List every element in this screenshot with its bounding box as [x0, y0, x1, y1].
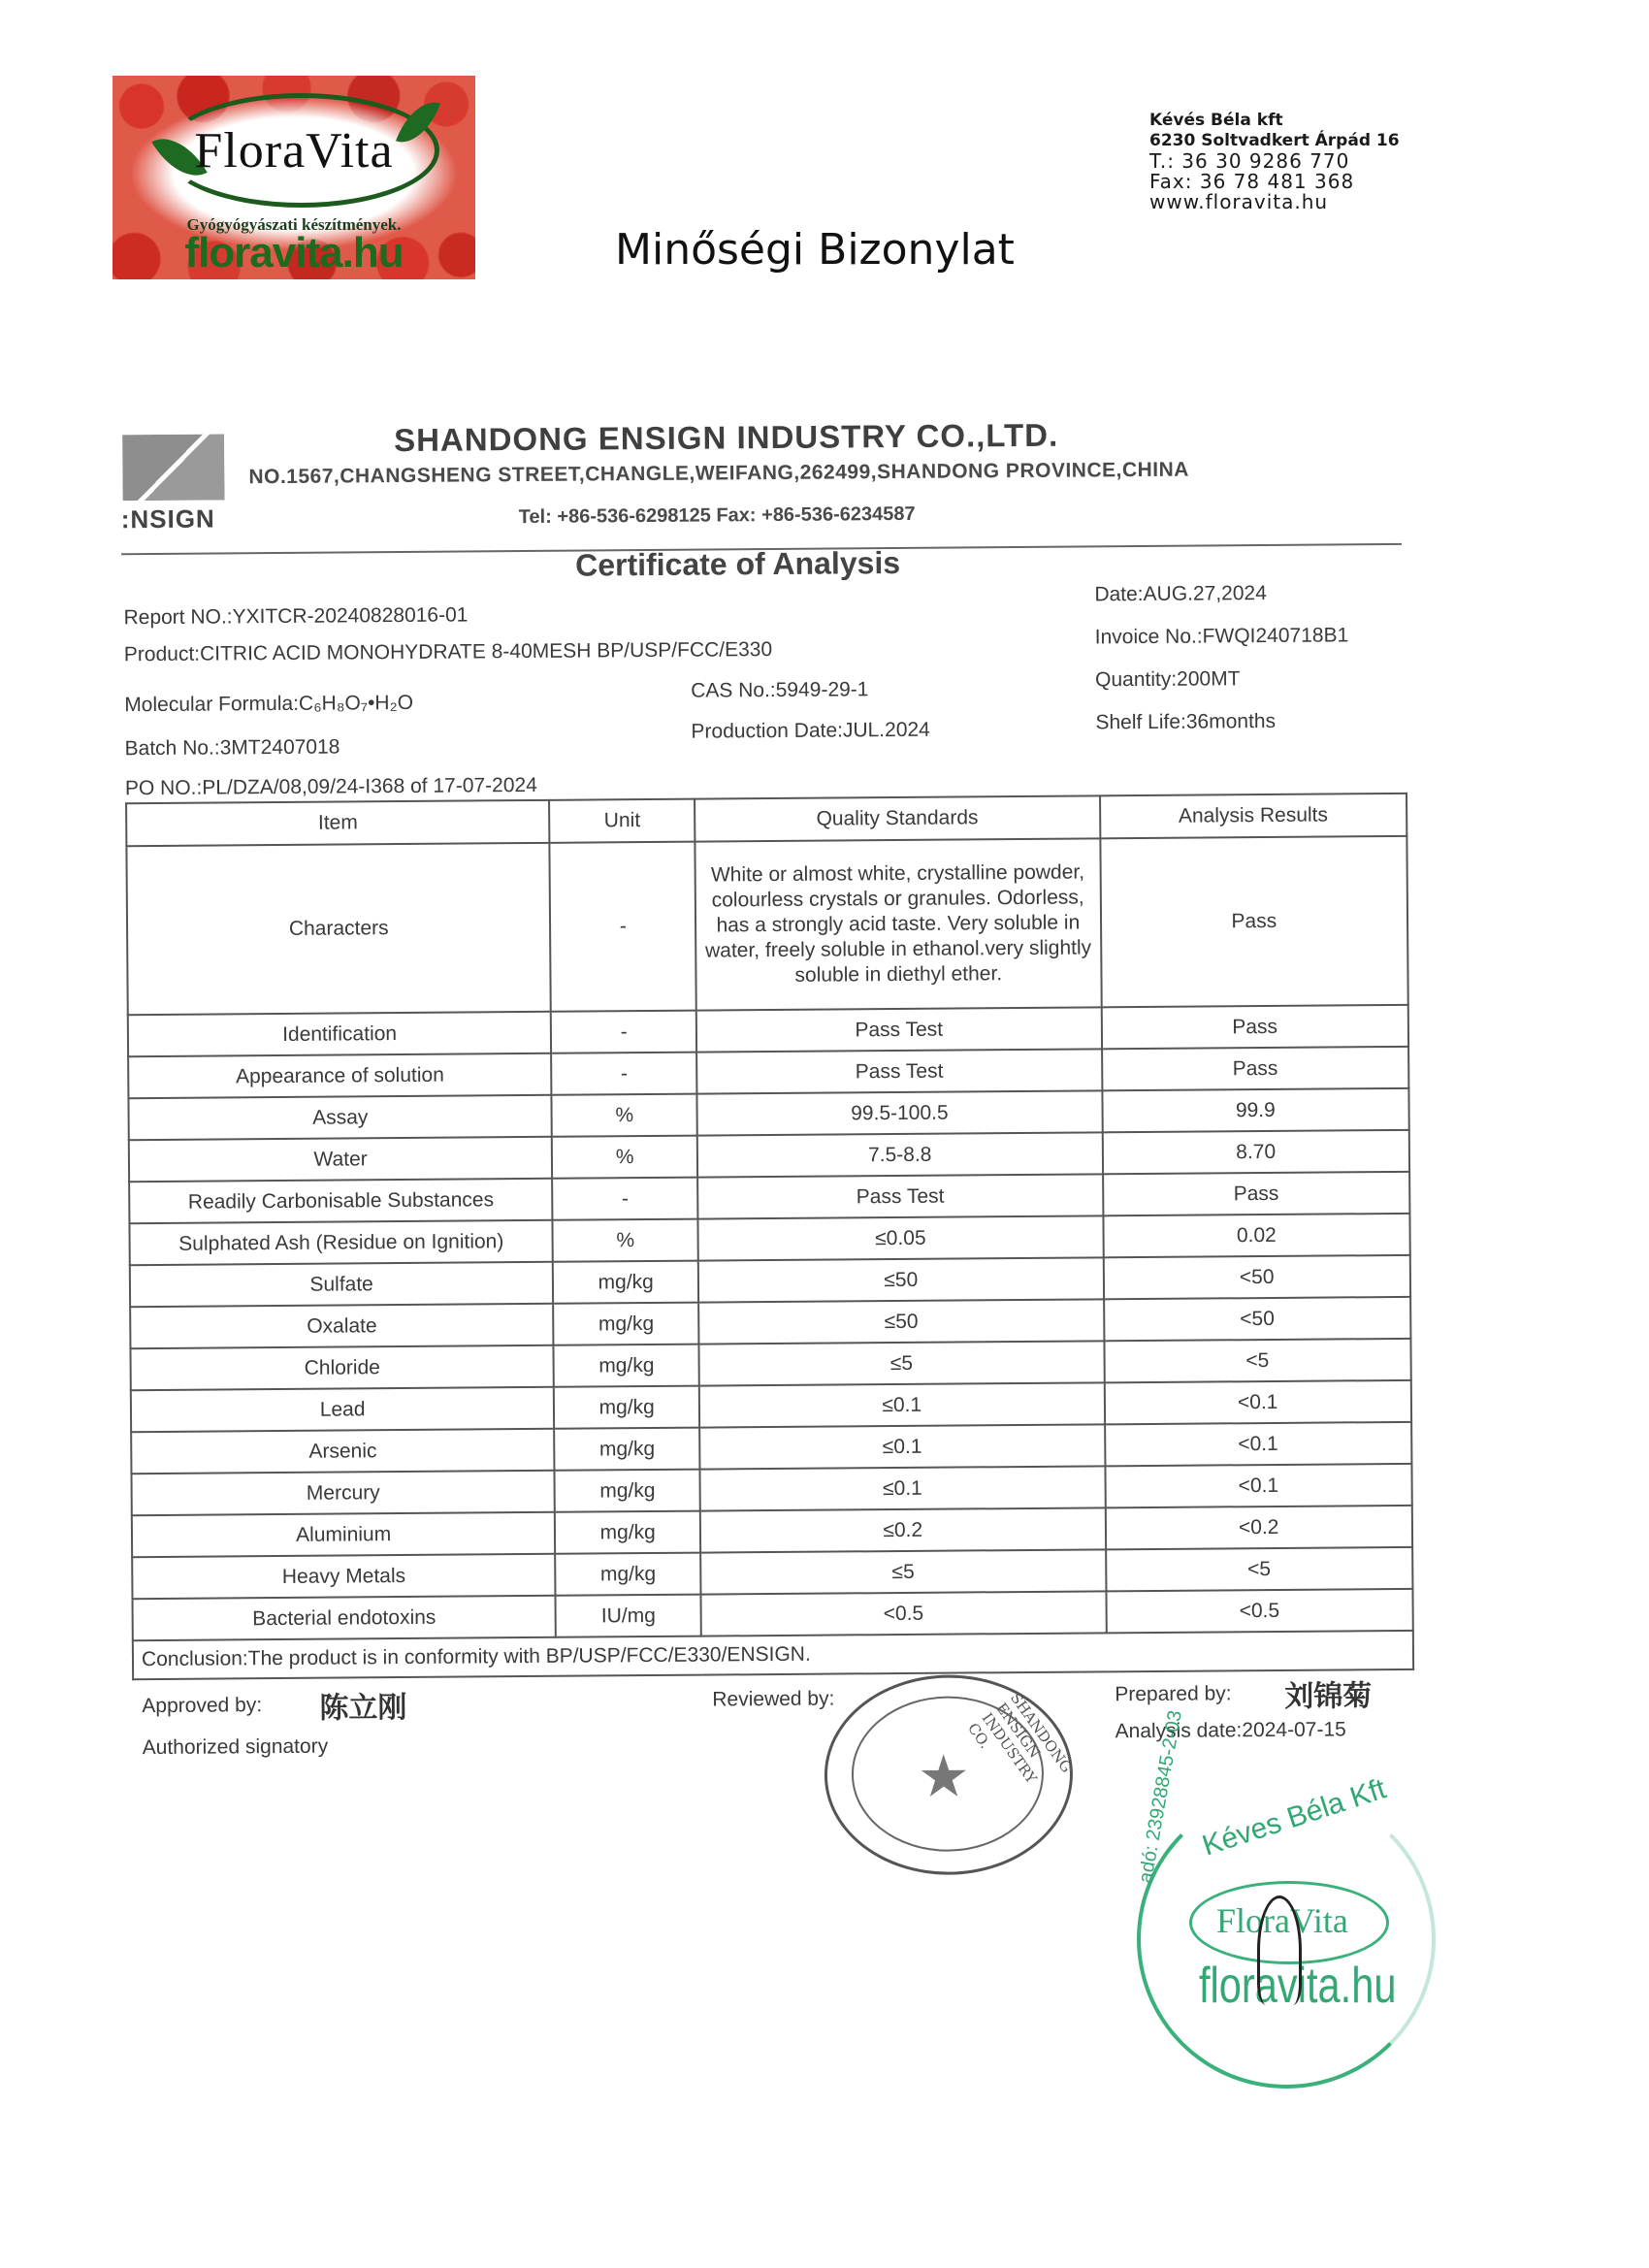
manufacturer-name: SHANDONG ENSIGN INDUSTRY CO.,LTD. — [394, 417, 1058, 459]
cell-standard: ≤5 — [700, 1549, 1106, 1594]
cell-standard: Pass Test — [696, 1007, 1102, 1052]
cell-result: <50 — [1103, 1255, 1410, 1299]
cell-result: <0.2 — [1105, 1506, 1412, 1549]
cell-standard: 99.5-100.5 — [697, 1090, 1103, 1135]
certificate-title: Certificate of Analysis — [575, 545, 900, 584]
cell-unit: % — [553, 1219, 698, 1262]
shelf-life: Shelf Life:36months — [1095, 710, 1276, 734]
prepared-signature: 刘锦菊 — [1284, 1671, 1372, 1715]
cell-item: Sulfate — [130, 1262, 554, 1307]
cell-result: Pass — [1103, 1172, 1410, 1215]
approved-by-label: Approved by: — [142, 1694, 262, 1718]
analysis-date: Analysis date:2024-07-15 — [1115, 1718, 1346, 1743]
cell-result: 8.70 — [1102, 1130, 1409, 1174]
authorized-signatory-label: Authorized signatory — [143, 1735, 329, 1761]
cell-result: <5 — [1106, 1547, 1413, 1591]
cell-item: Oxalate — [130, 1304, 554, 1348]
cell-unit: - — [551, 1053, 696, 1095]
cell-unit: mg/kg — [555, 1470, 700, 1512]
batch-number: Batch No.:3MT2407018 — [125, 736, 340, 761]
cell-standard: ≤50 — [698, 1257, 1104, 1302]
cell-item: Arsenic — [131, 1429, 555, 1474]
cas-number: CAS No.:5949-29-1 — [691, 678, 868, 702]
molecular-formula: Molecular Formula:C₆H₈O₇•H₂O — [124, 692, 413, 717]
cell-unit: - — [551, 1011, 696, 1053]
cell-result: <0.1 — [1104, 1380, 1411, 1424]
cell-unit: mg/kg — [555, 1511, 700, 1554]
quantity: Quantity:200MT — [1095, 667, 1241, 692]
cell-result: 0.02 — [1103, 1214, 1410, 1257]
cell-standard: <0.5 — [701, 1591, 1107, 1636]
cell-unit: - — [552, 1178, 697, 1220]
cell-result: <0.1 — [1105, 1464, 1412, 1507]
cell-standard: ≤50 — [698, 1299, 1104, 1344]
cell-result: 99.9 — [1102, 1088, 1409, 1132]
cell-standard: ≤0.1 — [699, 1382, 1105, 1427]
manufacturer-contact: Tel: +86-536-6298125 Fax: +86-536-623458… — [519, 503, 916, 529]
header-quality-standards: Quality Standards — [695, 795, 1100, 841]
cell-result: <0.5 — [1106, 1589, 1413, 1633]
header-analysis-results: Analysis Results — [1100, 794, 1407, 838]
cell-item: Water — [129, 1137, 553, 1182]
cell-standard: ≤0.1 — [700, 1466, 1106, 1510]
ensign-logo-text: :NSIGN — [121, 504, 215, 535]
cell-item: Heavy Metals — [132, 1554, 556, 1599]
product-name: Product:CITRIC ACID MONOHYDRATE 8-40MESH… — [124, 638, 772, 666]
cell-item: Sulphated Ash (Residue on Ignition) — [129, 1220, 553, 1265]
approved-signature: 陈立刚 — [319, 1683, 406, 1727]
cell-unit: mg/kg — [554, 1386, 699, 1429]
cell-unit: - — [550, 842, 696, 1012]
cell-standard: Pass Test — [696, 1049, 1102, 1093]
cell-unit: mg/kg — [553, 1261, 698, 1304]
cell-unit: mg/kg — [554, 1428, 699, 1471]
ensign-logo-icon — [122, 434, 225, 501]
prepared-by-label: Prepared by: — [1115, 1682, 1231, 1706]
manufacturer-address: NO.1567,CHANGSHENG STREET,CHANGLE,WEIFAN… — [248, 459, 1189, 490]
cell-result: <5 — [1104, 1339, 1411, 1382]
report-number: Report NO.:YXITCR-20240828016-01 — [123, 603, 468, 630]
cell-item: Chloride — [130, 1345, 554, 1390]
cell-unit: % — [552, 1094, 697, 1137]
star-icon: ★ — [918, 1742, 970, 1810]
cell-item: Readily Carbonisable Substances — [129, 1179, 553, 1223]
po-number: PO NO.:PL/DZA/08,09/24-I368 of 17-07-202… — [125, 774, 537, 800]
cell-standard: ≤0.05 — [698, 1215, 1104, 1260]
cell-item: Aluminium — [132, 1512, 556, 1557]
cell-unit: IU/mg — [556, 1595, 701, 1637]
cell-standard: White or almost white, crystalline powde… — [695, 838, 1102, 1010]
analysis-table: Item Unit Quality Standards Analysis Res… — [125, 793, 1414, 1680]
reviewed-by-label: Reviewed by: — [712, 1688, 834, 1712]
cell-result: Pass — [1100, 836, 1408, 1007]
cell-item: Assay — [128, 1095, 552, 1140]
cell-unit: mg/kg — [553, 1303, 698, 1345]
production-date: Production Date:JUL.2024 — [691, 719, 930, 744]
cell-item: Appearance of solution — [128, 1053, 552, 1098]
cell-unit: mg/kg — [554, 1345, 699, 1387]
report-date: Date:AUG.27,2024 — [1094, 582, 1267, 606]
cell-item: Mercury — [131, 1471, 555, 1515]
cell-unit: mg/kg — [555, 1553, 700, 1596]
header-item: Item — [126, 800, 550, 846]
header-unit: Unit — [549, 799, 695, 843]
cell-standard: Pass Test — [697, 1174, 1103, 1218]
cell-standard: ≤5 — [699, 1341, 1105, 1385]
cell-item: Bacterial endotoxins — [132, 1596, 556, 1640]
cell-result: <0.1 — [1105, 1422, 1412, 1466]
cell-item: Lead — [131, 1387, 555, 1432]
cell-standard: ≤0.1 — [699, 1424, 1105, 1469]
cell-result: <50 — [1104, 1297, 1411, 1341]
cell-unit: % — [552, 1136, 697, 1179]
invoice-number: Invoice No.:FWQI240718B1 — [1095, 624, 1349, 649]
cell-result: Pass — [1102, 1047, 1409, 1090]
cell-standard: 7.5-8.8 — [697, 1132, 1103, 1177]
cell-result: Pass — [1101, 1005, 1408, 1049]
cell-item: Identification — [128, 1012, 552, 1056]
handwritten-signature — [1257, 1895, 1302, 2005]
manufacturer-stamp: ★ SHANDONG ENSIGN INDUSTRY CO. — [824, 1674, 1080, 1880]
table-row: Characters - White or almost white, crys… — [126, 836, 1407, 1015]
cell-standard: ≤0.2 — [700, 1507, 1106, 1552]
cell-item: Characters — [126, 843, 551, 1015]
distributor-stamp: Kéves Béla Kft adó: 23928845-2-03 FloraV… — [1137, 1790, 1436, 2089]
